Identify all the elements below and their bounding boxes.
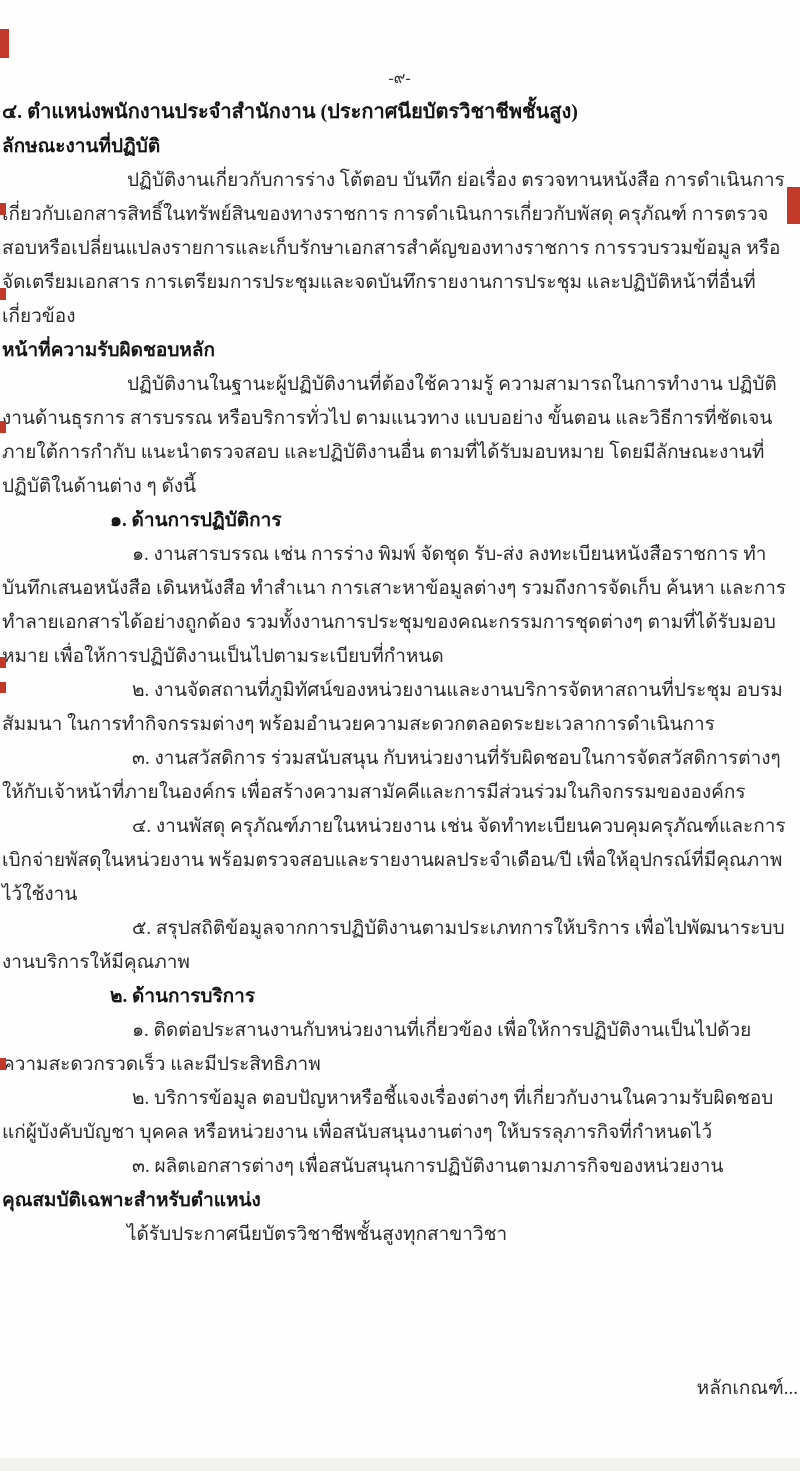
service-item-1: ๑. ติดต่อประสานงานกับหน่วยงานที่เกี่ยวข้… — [2, 1014, 797, 1082]
job-characteristics-paragraph: ปฏิบัติงานเกี่ยวกับการร่าง โต้ตอบ บันทึก… — [2, 164, 797, 334]
operations-item-2: ๒. งานจัดสถานที่ภูมิทัศน์ของหน่วยงานและง… — [2, 674, 797, 742]
service-subheading: ๒. ด้านการบริการ — [2, 980, 797, 1014]
main-duties-heading: หน้าที่ความรับผิดชอบหลัก — [2, 334, 797, 368]
page-number: -๙- — [2, 64, 797, 94]
service-item-2: ๒. บริการข้อมูล ตอบปัญหาหรือชี้แจงเรื่อง… — [2, 1082, 797, 1150]
operations-item-4: ๔. งานพัสดุ ครุภัณฑ์ภายในหน่วยงาน เช่น จ… — [2, 810, 797, 912]
job-characteristics-heading: ลักษณะงานที่ปฏิบัติ — [2, 130, 797, 164]
operations-item-3: ๓. งานสวัสดิการ ร่วมสนับสนุน กับหน่วยงาน… — [2, 742, 797, 810]
scanned-document-page: -๙- ๔. ตำแหน่งพนักงานประจำสำนักงาน (ประก… — [0, 0, 800, 1471]
service-item-3: ๓. ผลิตเอกสารต่างๆ เพื่อสนับสนุนการปฏิบั… — [2, 1150, 797, 1184]
red-scan-edge-mark — [0, 1058, 6, 1070]
red-scan-edge-mark — [0, 657, 6, 668]
position-title-heading: ๔. ตำแหน่งพนักงานประจำสำนักงาน (ประกาศนี… — [2, 94, 797, 130]
operations-item-5: ๕. สรุปสถิติข้อมูลจากการปฏิบัติงานตามประ… — [2, 912, 797, 980]
red-scan-edge-mark — [0, 203, 6, 215]
operations-item-1: ๑. งานสารบรรณ เช่น การร่าง พิมพ์ จัดชุด … — [2, 538, 797, 674]
operations-subheading: ๑. ด้านการปฏิบัติการ — [2, 504, 797, 538]
continuation-note: หลักเกณฑ์... — [697, 1372, 798, 1406]
qualifications-text: ได้รับประกาศนียบัตรวิชาชีพชั้นสูงทุกสาขา… — [2, 1218, 797, 1252]
red-scan-edge-mark — [0, 682, 6, 693]
red-scan-edge-mark — [0, 421, 6, 433]
document-content: -๙- ๔. ตำแหน่งพนักงานประจำสำนักงาน (ประก… — [0, 64, 800, 1252]
page-edge-shadow — [0, 1458, 800, 1471]
red-scan-edge-mark — [0, 29, 9, 58]
qualifications-heading: คุณสมบัติเฉพาะสำหรับตำแหน่ง — [2, 1184, 797, 1218]
red-scan-edge-mark — [0, 288, 6, 300]
main-duties-paragraph: ปฏิบัติงานในฐานะผู้ปฏิบัติงานที่ต้องใช้ค… — [2, 368, 797, 504]
red-scan-edge-mark — [787, 187, 800, 224]
